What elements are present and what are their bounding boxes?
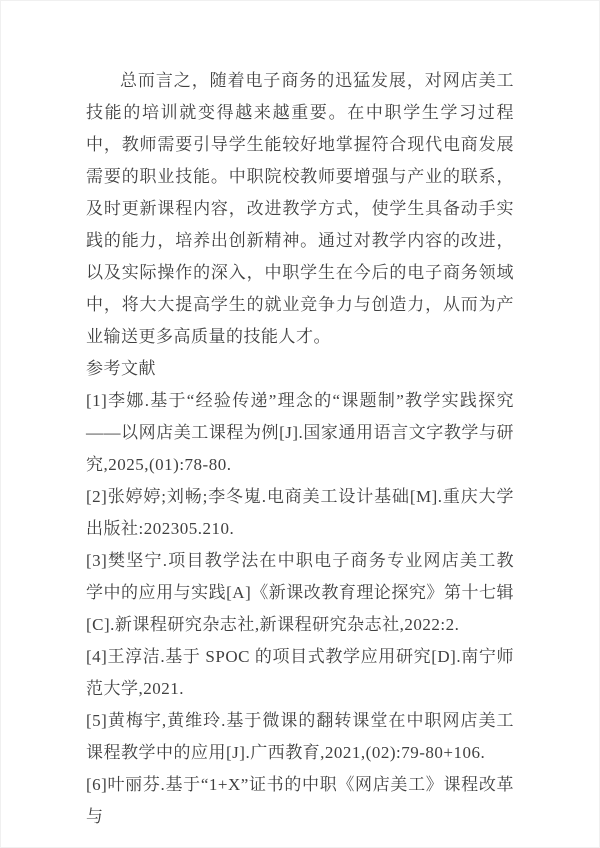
document-page: 总而言之，随着电子商务的迅猛发展，对网店美工技能的培训就变得越来越重要。在中职学… xyxy=(0,0,600,848)
reference-item-2: [2]张婷婷;刘畅;李冬嵬.电商美工设计基础[M].重庆大学出版社:202305… xyxy=(86,481,514,545)
reference-item-1: [1]李娜.基于“经验传递”理念的“课题制”教学实践探究——以网店美工课程为例[… xyxy=(86,385,514,481)
reference-item-5: [5]黄梅宇,黄维玲.基于微课的翻转课堂在中职网店美工课程教学中的应用[J].广… xyxy=(86,705,514,769)
references-heading: 参考文献 xyxy=(86,353,514,385)
reference-item-4: [4]王淳洁.基于 SPOC 的项目式教学应用研究[D].南宁师范大学,2021… xyxy=(86,641,514,705)
reference-item-3: [3]樊坚宁.项目教学法在中职电子商务专业网店美工教学中的应用与实践[A]《新课… xyxy=(86,545,514,641)
reference-list: [1]李娜.基于“经验传递”理念的“课题制”教学实践探究——以网店美工课程为例[… xyxy=(86,385,514,833)
reference-item-6: [6]叶丽芬.基于“1+X”证书的中职《网店美工》课程改革与 xyxy=(86,769,514,833)
conclusion-paragraph: 总而言之，随着电子商务的迅猛发展，对网店美工技能的培训就变得越来越重要。在中职学… xyxy=(86,65,514,353)
